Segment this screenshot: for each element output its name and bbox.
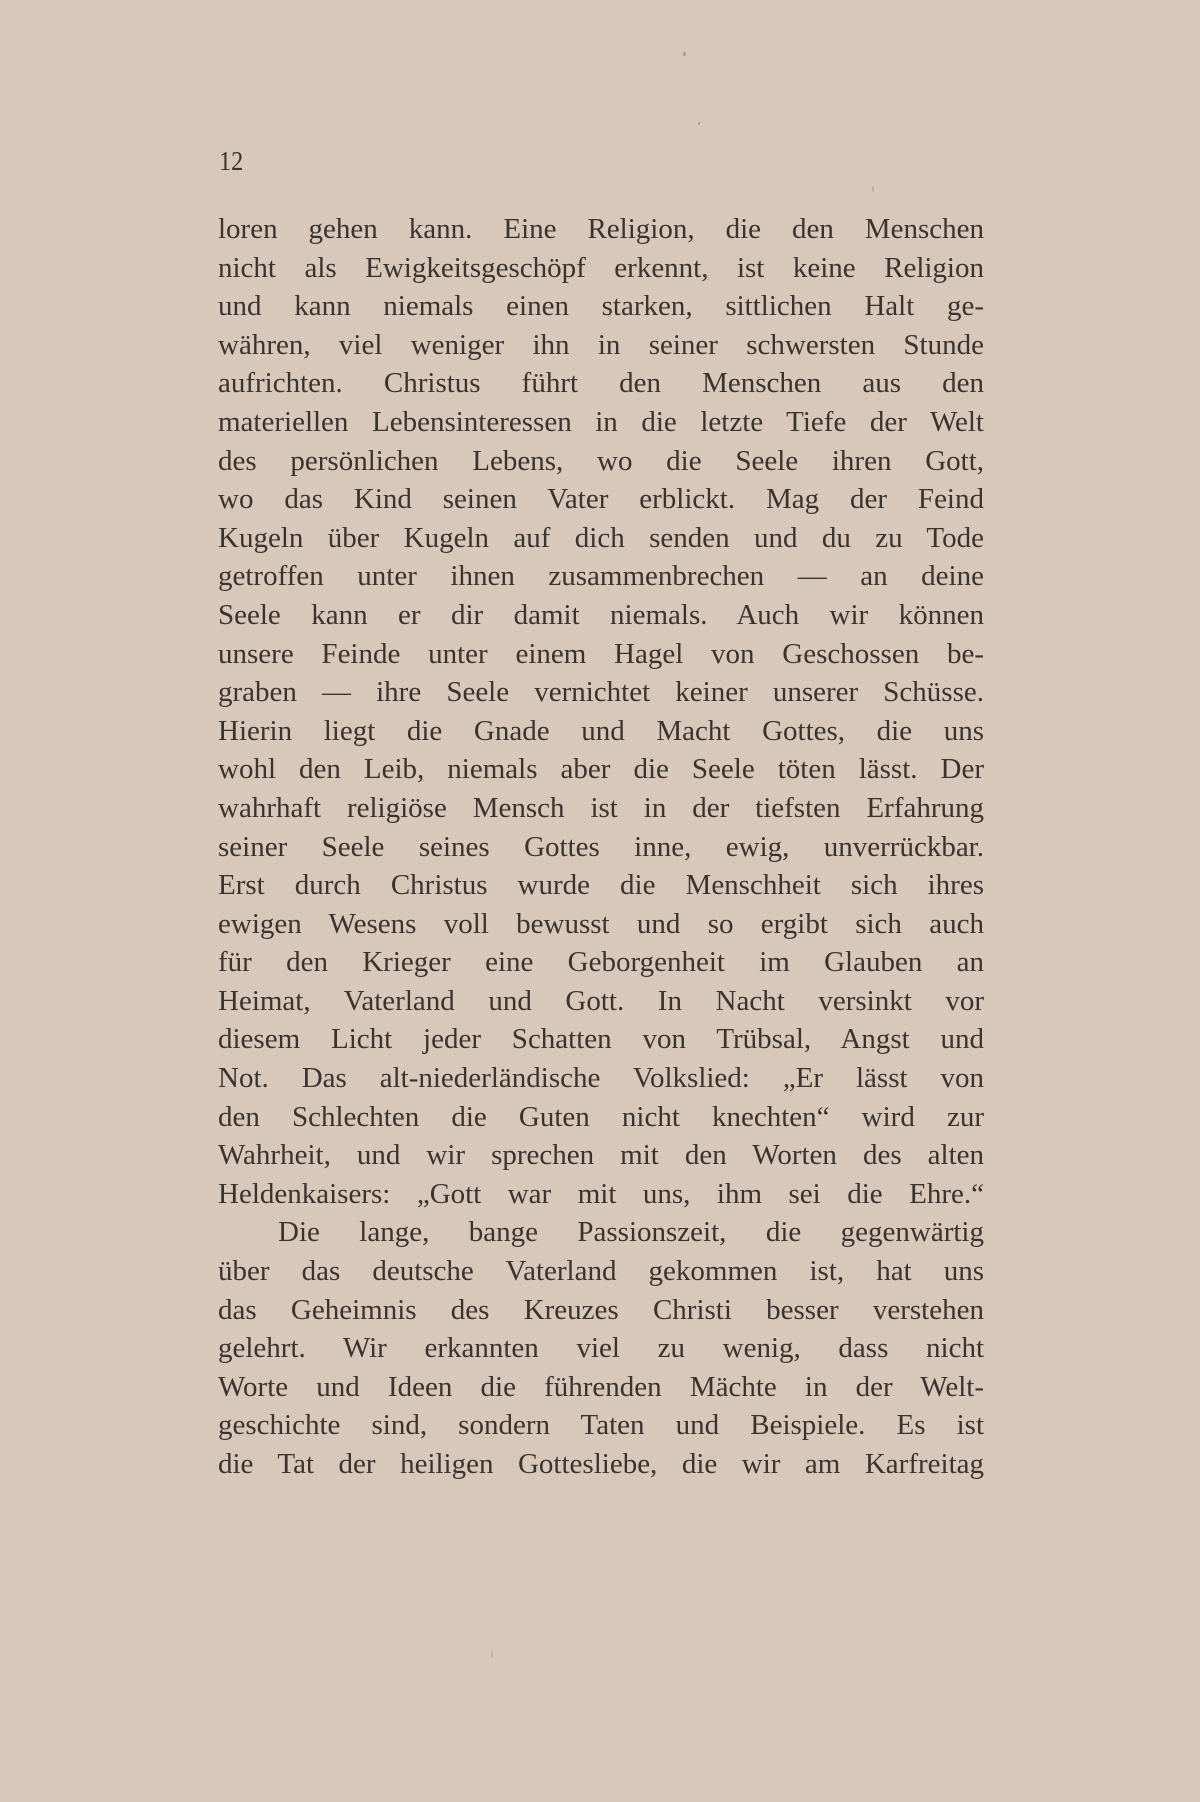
text-line: Kugeln über Kugeln auf dich senden und d…: [218, 519, 984, 558]
text-line: unsere Feinde unter einem Hagel von Gesc…: [218, 635, 984, 674]
text-line: Heldenkaisers: „Gott war mit uns, ihm se…: [218, 1175, 984, 1214]
page-number: 12: [219, 146, 243, 177]
text-line: aufrichten. Christus führt den Menschen …: [218, 364, 984, 403]
text-line: Worte und Ideen die führenden Mächte in …: [218, 1368, 984, 1407]
text-line: wo das Kind seinen Vater erblickt. Mag d…: [218, 480, 984, 519]
paper-speck: [683, 52, 686, 56]
text-line: und kann niemals einen starken, sittlich…: [218, 287, 984, 326]
text-line: seiner Seele seines Gottes inne, ewig, u…: [218, 828, 984, 867]
text-line: diesem Licht jeder Schatten von Trübsal,…: [218, 1020, 984, 1059]
body-text: loren gehen kann. Eine Religion, die den…: [218, 210, 984, 1484]
text-line: gelehrt. Wir erkannten viel zu wenig, da…: [218, 1329, 984, 1368]
text-line: über das deutsche Vaterland gekommen ist…: [218, 1252, 984, 1291]
text-line: graben — ihre Seele vernichtet keiner un…: [218, 673, 984, 712]
text-line: des persönlichen Lebens, wo die Seele ih…: [218, 442, 984, 481]
text-line: Seele kann er dir damit niemals. Auch wi…: [218, 596, 984, 635]
paragraph-1: loren gehen kann. Eine Religion, die den…: [218, 210, 984, 1213]
text-line: wahrhaft religiöse Mensch ist in der tie…: [218, 789, 984, 828]
text-line: Not. Das alt-niederländische Volkslied: …: [218, 1059, 984, 1098]
text-line: währen, viel weniger ihn in seiner schwe…: [218, 326, 984, 365]
paper-speck: [872, 186, 874, 192]
paragraph-2: Die lange, bange Passionszeit, die gegen…: [218, 1213, 984, 1483]
paper-speck: [491, 1650, 493, 1658]
text-line: Wahrheit, und wir sprechen mit den Worte…: [218, 1136, 984, 1175]
text-line: ewigen Wesens voll bewusst und so ergibt…: [218, 905, 984, 944]
paper-speck: [698, 122, 700, 125]
text-line: geschichte sind, sondern Taten und Beisp…: [218, 1406, 984, 1445]
text-line: getroffen unter ihnen zusammenbrechen — …: [218, 557, 984, 596]
text-line: Die lange, bange Passionszeit, die gegen…: [218, 1213, 984, 1252]
text-line: nicht als Ewigkeitsgeschöpf erkennt, ist…: [218, 249, 984, 288]
text-line: wohl den Leib, niemals aber die Seele tö…: [218, 750, 984, 789]
text-line: die Tat der heiligen Gottesliebe, die wi…: [218, 1445, 984, 1484]
text-line: Erst durch Christus wurde die Menschheit…: [218, 866, 984, 905]
text-line: Hierin liegt die Gnade und Macht Gottes,…: [218, 712, 984, 751]
text-line: das Geheimnis des Kreuzes Christi besser…: [218, 1291, 984, 1330]
text-line: den Schlechten die Guten nicht knechten“…: [218, 1098, 984, 1137]
text-line: Heimat, Vaterland und Gott. In Nacht ver…: [218, 982, 984, 1021]
text-line: für den Krieger eine Geborgenheit im Gla…: [218, 943, 984, 982]
text-line: materiellen Lebensinteressen in die letz…: [218, 403, 984, 442]
text-line: loren gehen kann. Eine Religion, die den…: [218, 210, 984, 249]
